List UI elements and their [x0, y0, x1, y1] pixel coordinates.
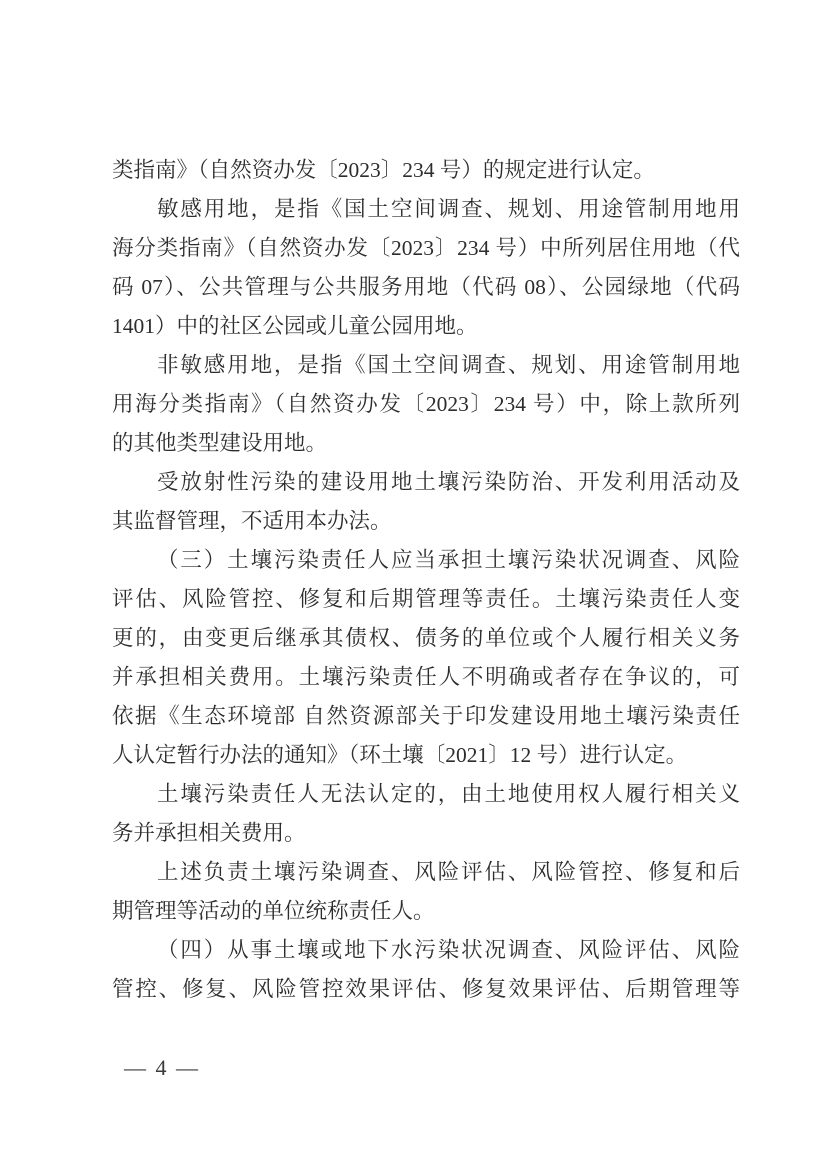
- text-line: 敏感用地，是指《国土空间调查、规划、用途管制用地用: [112, 190, 740, 229]
- text-line: 管控、修复、风险管控效果评估、修复效果评估、后期管理等: [112, 970, 740, 1009]
- text-line: 用海分类指南》（自然资办发〔2023〕234 号）中，除上款所列: [112, 385, 740, 424]
- text-line: 海分类指南》（自然资办发〔2023〕234 号）中所列居住用地（代: [112, 229, 740, 268]
- paragraph: （四）从事土壤或地下水污染状况调查、风险评估、风险管控、修复、风险管控效果评估、…: [112, 931, 740, 1009]
- page-number: — 4 —: [124, 1053, 200, 1083]
- document-page: 类指南》（自然资办发〔2023〕234 号）的规定进行认定。敏感用地，是指《国土…: [0, 0, 826, 1169]
- paragraph: 受放射性污染的建设用地土壤污染防治、开发利用活动及其监督管理，不适用本办法。: [112, 463, 740, 541]
- text-line: 的其他类型建设用地。: [112, 424, 740, 463]
- text-line: 类指南》（自然资办发〔2023〕234 号）的规定进行认定。: [112, 151, 740, 190]
- text-line: 并承担相关费用。土壤污染责任人不明确或者存在争议的，可: [112, 658, 740, 697]
- text-line: 评估、风险管控、修复和后期管理等责任。土壤污染责任人变: [112, 580, 740, 619]
- text-line: 其监督管理，不适用本办法。: [112, 502, 740, 541]
- text-line: 1401）中的社区公园或儿童公园用地。: [112, 307, 740, 346]
- text-line: 期管理等活动的单位统称责任人。: [112, 892, 740, 931]
- text-line: 码 07）、公共管理与公共服务用地（代码 08）、公园绿地（代码: [112, 268, 740, 307]
- text-line: 更的，由变更后继承其债权、债务的单位或个人履行相关义务: [112, 619, 740, 658]
- text-line: 受放射性污染的建设用地土壤污染防治、开发利用活动及: [112, 463, 740, 502]
- text-line: （三）土壤污染责任人应当承担土壤污染状况调查、风险: [112, 541, 740, 580]
- paragraph: 敏感用地，是指《国土空间调查、规划、用途管制用地用海分类指南》（自然资办发〔20…: [112, 190, 740, 346]
- text-line: 依据《生态环境部 自然资源部关于印发建设用地土壤污染责任: [112, 697, 740, 736]
- text-line: 上述负责土壤污染调查、风险评估、风险管控、修复和后: [112, 853, 740, 892]
- text-line: 非敏感用地，是指《国土空间调查、规划、用途管制用地: [112, 346, 740, 385]
- paragraph: 土壤污染责任人无法认定的，由土地使用权人履行相关义务并承担相关费用。: [112, 775, 740, 853]
- text-line: （四）从事土壤或地下水污染状况调查、风险评估、风险: [112, 931, 740, 970]
- text-line: 土壤污染责任人无法认定的，由土地使用权人履行相关义: [112, 775, 740, 814]
- paragraph: 上述负责土壤污染调查、风险评估、风险管控、修复和后期管理等活动的单位统称责任人。: [112, 853, 740, 931]
- paragraph: 非敏感用地，是指《国土空间调查、规划、用途管制用地用海分类指南》（自然资办发〔2…: [112, 346, 740, 463]
- paragraph: （三）土壤污染责任人应当承担土壤污染状况调查、风险评估、风险管控、修复和后期管理…: [112, 541, 740, 775]
- text-block: 类指南》（自然资办发〔2023〕234 号）的规定进行认定。敏感用地，是指《国土…: [112, 151, 740, 1009]
- paragraph: 类指南》（自然资办发〔2023〕234 号）的规定进行认定。: [112, 151, 740, 190]
- text-line: 务并承担相关费用。: [112, 814, 740, 853]
- text-line: 人认定暂行办法的通知》（环土壤〔2021〕12 号）进行认定。: [112, 736, 740, 775]
